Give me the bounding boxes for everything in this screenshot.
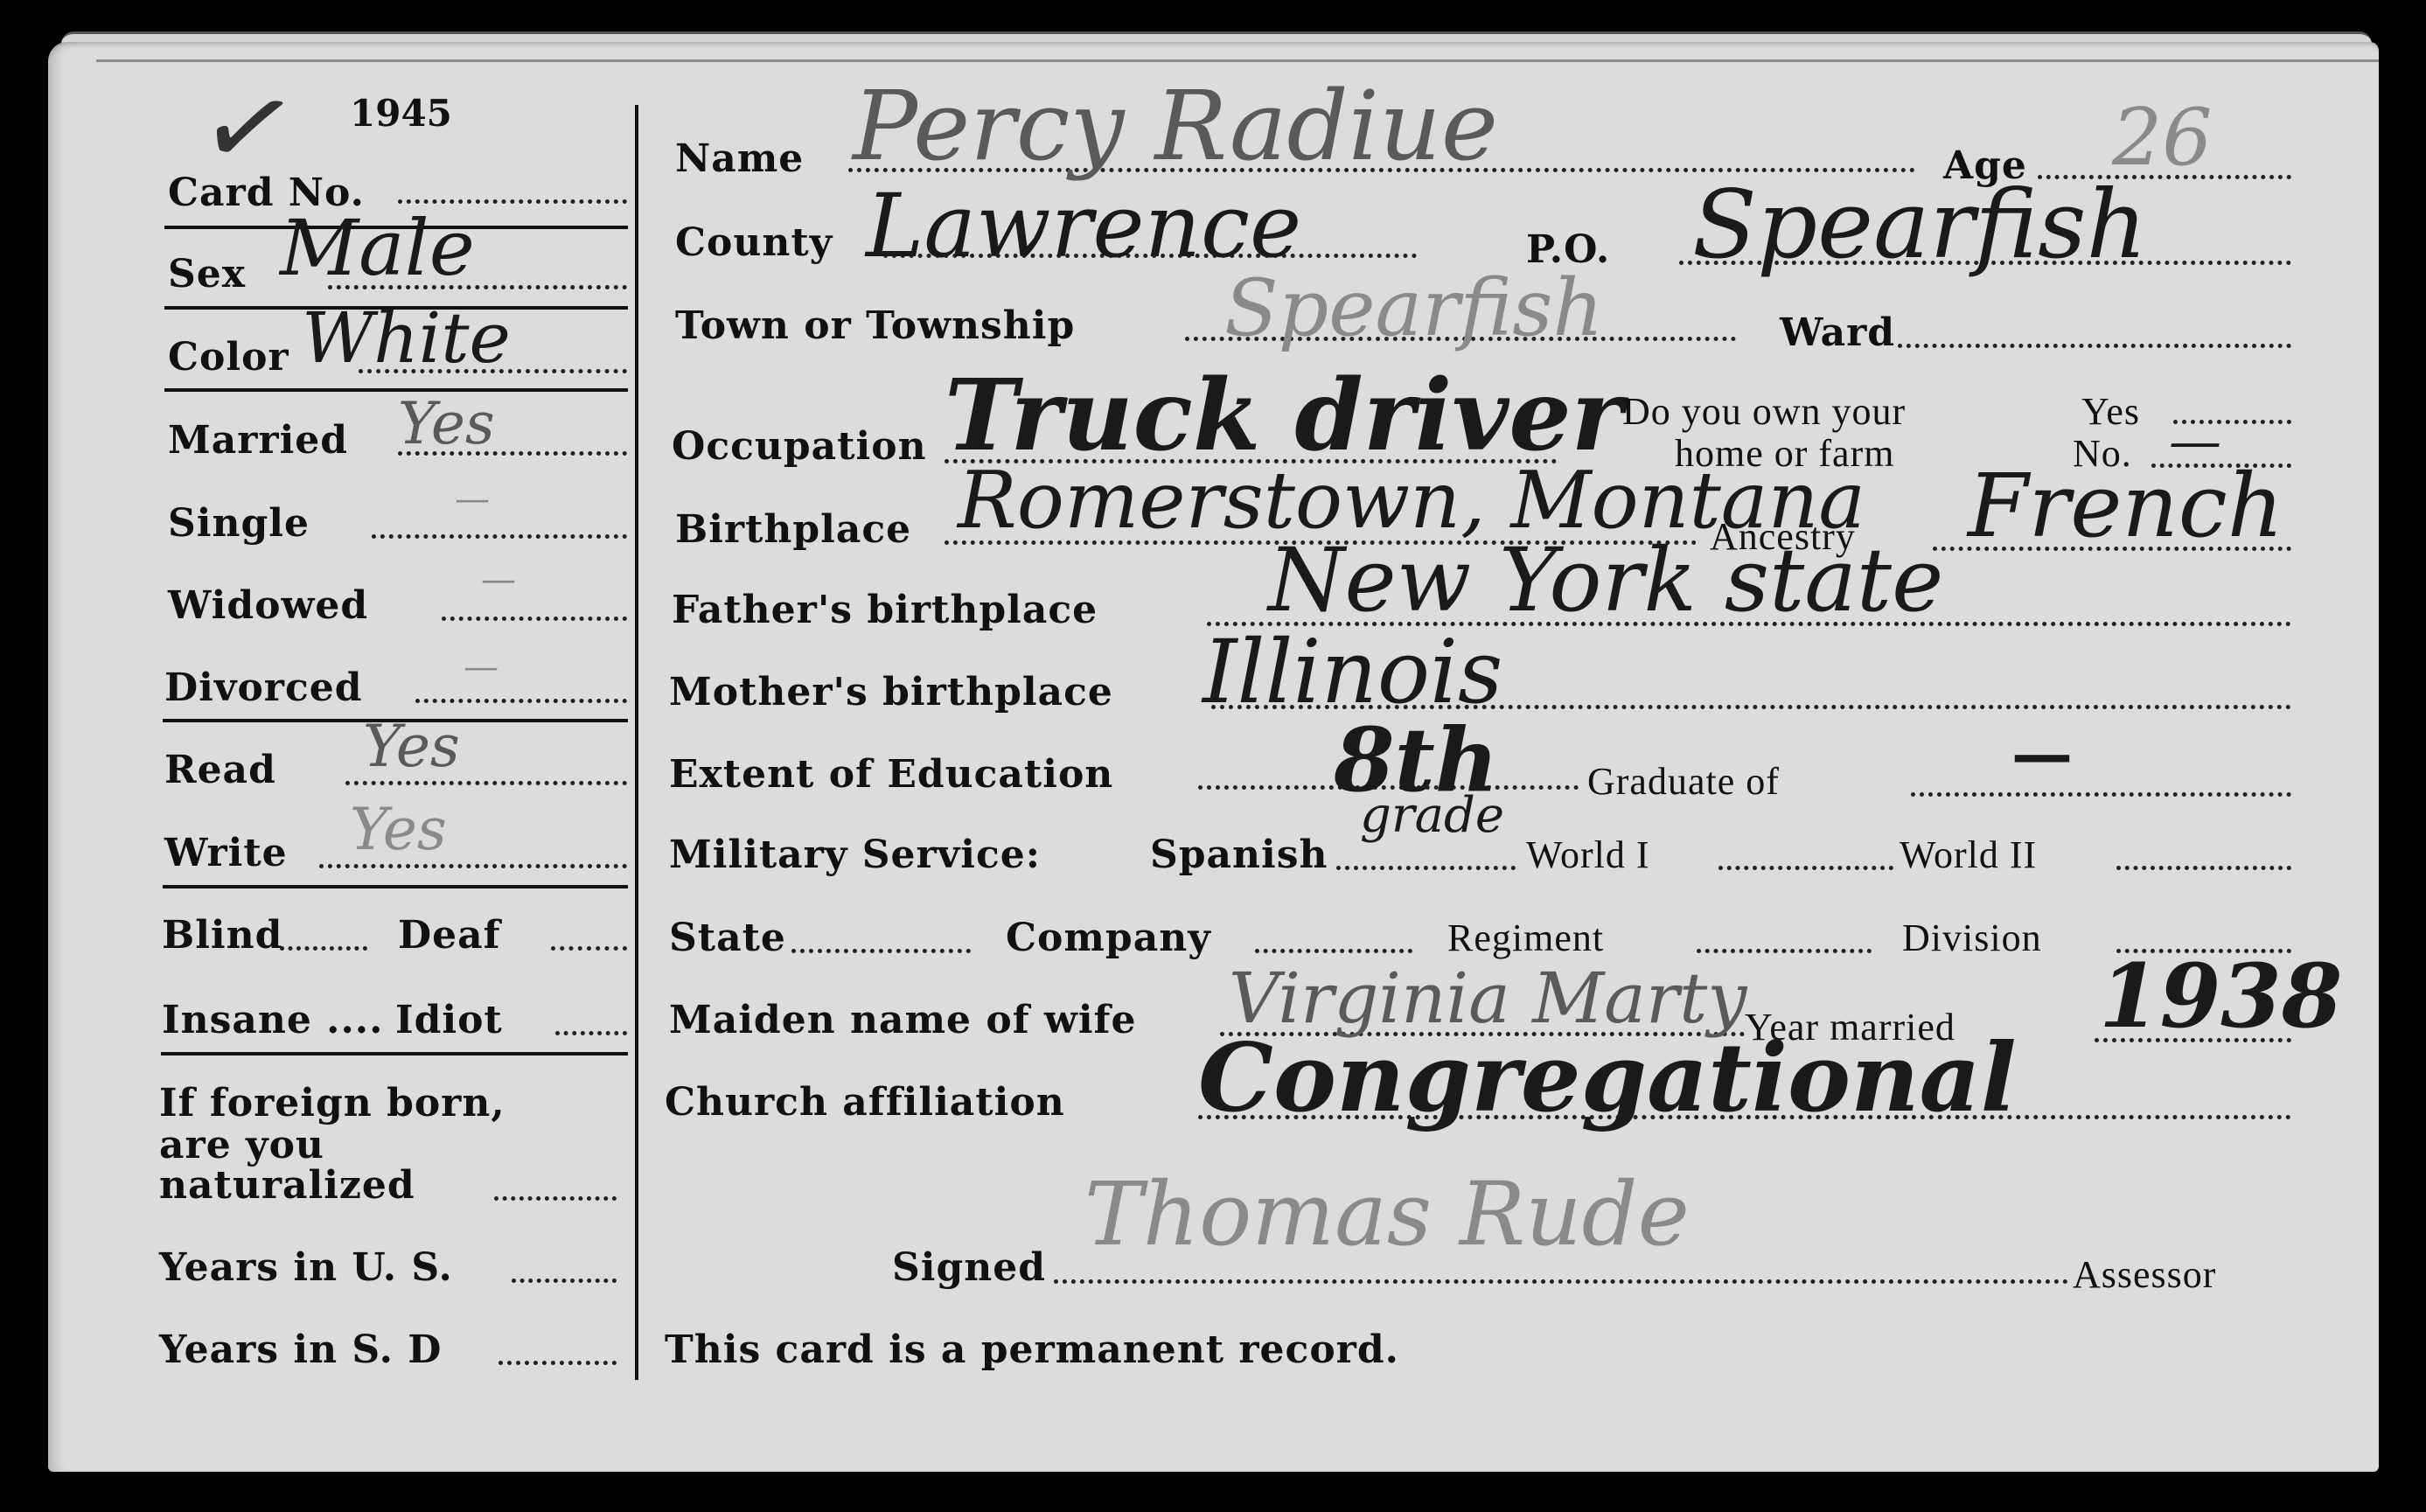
color-label: Color <box>168 335 289 380</box>
military-label: Military Service: <box>669 833 1041 877</box>
card-top-rule <box>96 59 2379 62</box>
ward-field[interactable] <box>1898 344 2291 348</box>
read-value: Yes <box>363 713 460 780</box>
church-label: Church affiliation <box>665 1080 1065 1125</box>
write-field[interactable] <box>319 864 627 868</box>
write-label: Write <box>164 831 288 875</box>
widowed-value: — <box>481 560 516 600</box>
state-field[interactable] <box>791 949 971 953</box>
military-spanish-field[interactable] <box>1336 866 1516 870</box>
single-label: Single <box>168 501 310 546</box>
own-home-label-1: Do you own your <box>1622 389 1906 434</box>
years-sd-label: Years in S. D <box>159 1327 442 1372</box>
read-field[interactable] <box>345 781 627 785</box>
father-birthplace-value: New York state <box>1268 529 1943 631</box>
mother-birthplace-label: Mother's birthplace <box>669 670 1113 714</box>
divider-rule <box>164 388 628 392</box>
married-value: Yes <box>398 390 495 457</box>
occupation-label: Occupation <box>672 424 927 469</box>
married-label: Married <box>168 418 348 463</box>
year-married-value: 1938 <box>2099 944 2342 1048</box>
father-birthplace-label: Father's birthplace <box>672 588 1098 632</box>
naturalized-field[interactable] <box>494 1196 617 1201</box>
deaf-label: Deaf <box>398 913 501 958</box>
state-label: State <box>669 916 786 960</box>
sex-label: Sex <box>168 252 246 296</box>
education-label: Extent of Education <box>669 752 1113 797</box>
ancestry-value: French <box>1968 455 2283 557</box>
military-world2-label: World II <box>1900 833 2037 877</box>
military-spanish-label: Spanish <box>1150 833 1328 877</box>
write-value: Yes <box>350 796 447 863</box>
signature-field[interactable] <box>1054 1279 2068 1284</box>
idiot-field[interactable] <box>555 1031 627 1035</box>
permanent-record-note: This card is a permanent record. <box>665 1327 1399 1372</box>
division-label: Division <box>1902 916 2042 960</box>
graduate-label: Graduate of <box>1587 759 1780 804</box>
foreign-born-label-2: are you <box>159 1123 324 1167</box>
county-label: County <box>675 220 833 265</box>
column-divider <box>635 105 638 1380</box>
read-label: Read <box>164 748 276 792</box>
company-field[interactable] <box>1255 949 1412 953</box>
card-year: 1945 <box>350 92 452 135</box>
regiment-label: Regiment <box>1447 916 1604 960</box>
widowed-label: Widowed <box>168 583 368 628</box>
idiot-label: Idiot <box>395 998 503 1042</box>
deaf-field[interactable] <box>551 946 627 951</box>
years-us-field[interactable] <box>512 1279 617 1283</box>
name-label: Name <box>675 136 804 181</box>
single-value: — <box>455 479 490 519</box>
name-value: Percy Radiue <box>853 70 1498 182</box>
military-world2-field[interactable] <box>2116 866 2291 870</box>
single-field[interactable] <box>372 534 627 539</box>
po-value: Spearfish <box>1692 171 2147 280</box>
town-value: Spearfish <box>1224 262 1603 354</box>
church-value: Congregational <box>1198 1023 2017 1133</box>
signature-value: Thomas Rude <box>1084 1163 1690 1265</box>
military-world1-field[interactable] <box>1718 866 1893 870</box>
foreign-born-label-3: naturalized <box>159 1163 415 1208</box>
own-home-yes-label: Yes <box>2081 389 2140 434</box>
widowed-field[interactable] <box>442 617 627 621</box>
color-value: White <box>302 297 511 379</box>
sex-value: Male <box>280 203 475 293</box>
assessor-label: Assessor <box>2073 1252 2216 1297</box>
blind-label: Blind <box>162 913 282 958</box>
divider-rule <box>163 885 628 888</box>
divorced-field[interactable] <box>415 699 627 703</box>
military-world1-label: World I <box>1526 833 1650 877</box>
insane-label: Insane .... <box>162 998 383 1042</box>
ward-label: Ward <box>1780 310 1895 355</box>
company-label: Company <box>1006 916 1211 960</box>
graduate-value: — <box>2011 717 2073 790</box>
graduate-field[interactable] <box>1911 792 2291 797</box>
education-note: grade <box>1360 787 1504 844</box>
signed-label: Signed <box>892 1245 1046 1290</box>
years-sd-field[interactable] <box>498 1361 617 1365</box>
town-label: Town or Township <box>675 303 1075 348</box>
foreign-born-label-1: If foreign born, <box>159 1081 505 1125</box>
maiden-name-label: Maiden name of wife <box>669 998 1136 1042</box>
divider-rule <box>161 1052 628 1056</box>
blind-field[interactable] <box>280 946 367 951</box>
regiment-field[interactable] <box>1697 949 1872 953</box>
years-us-label: Years in U. S. <box>159 1245 453 1290</box>
divorced-value: — <box>464 647 498 687</box>
divorced-label: Divorced <box>164 665 363 710</box>
birthplace-label: Birthplace <box>675 507 911 552</box>
